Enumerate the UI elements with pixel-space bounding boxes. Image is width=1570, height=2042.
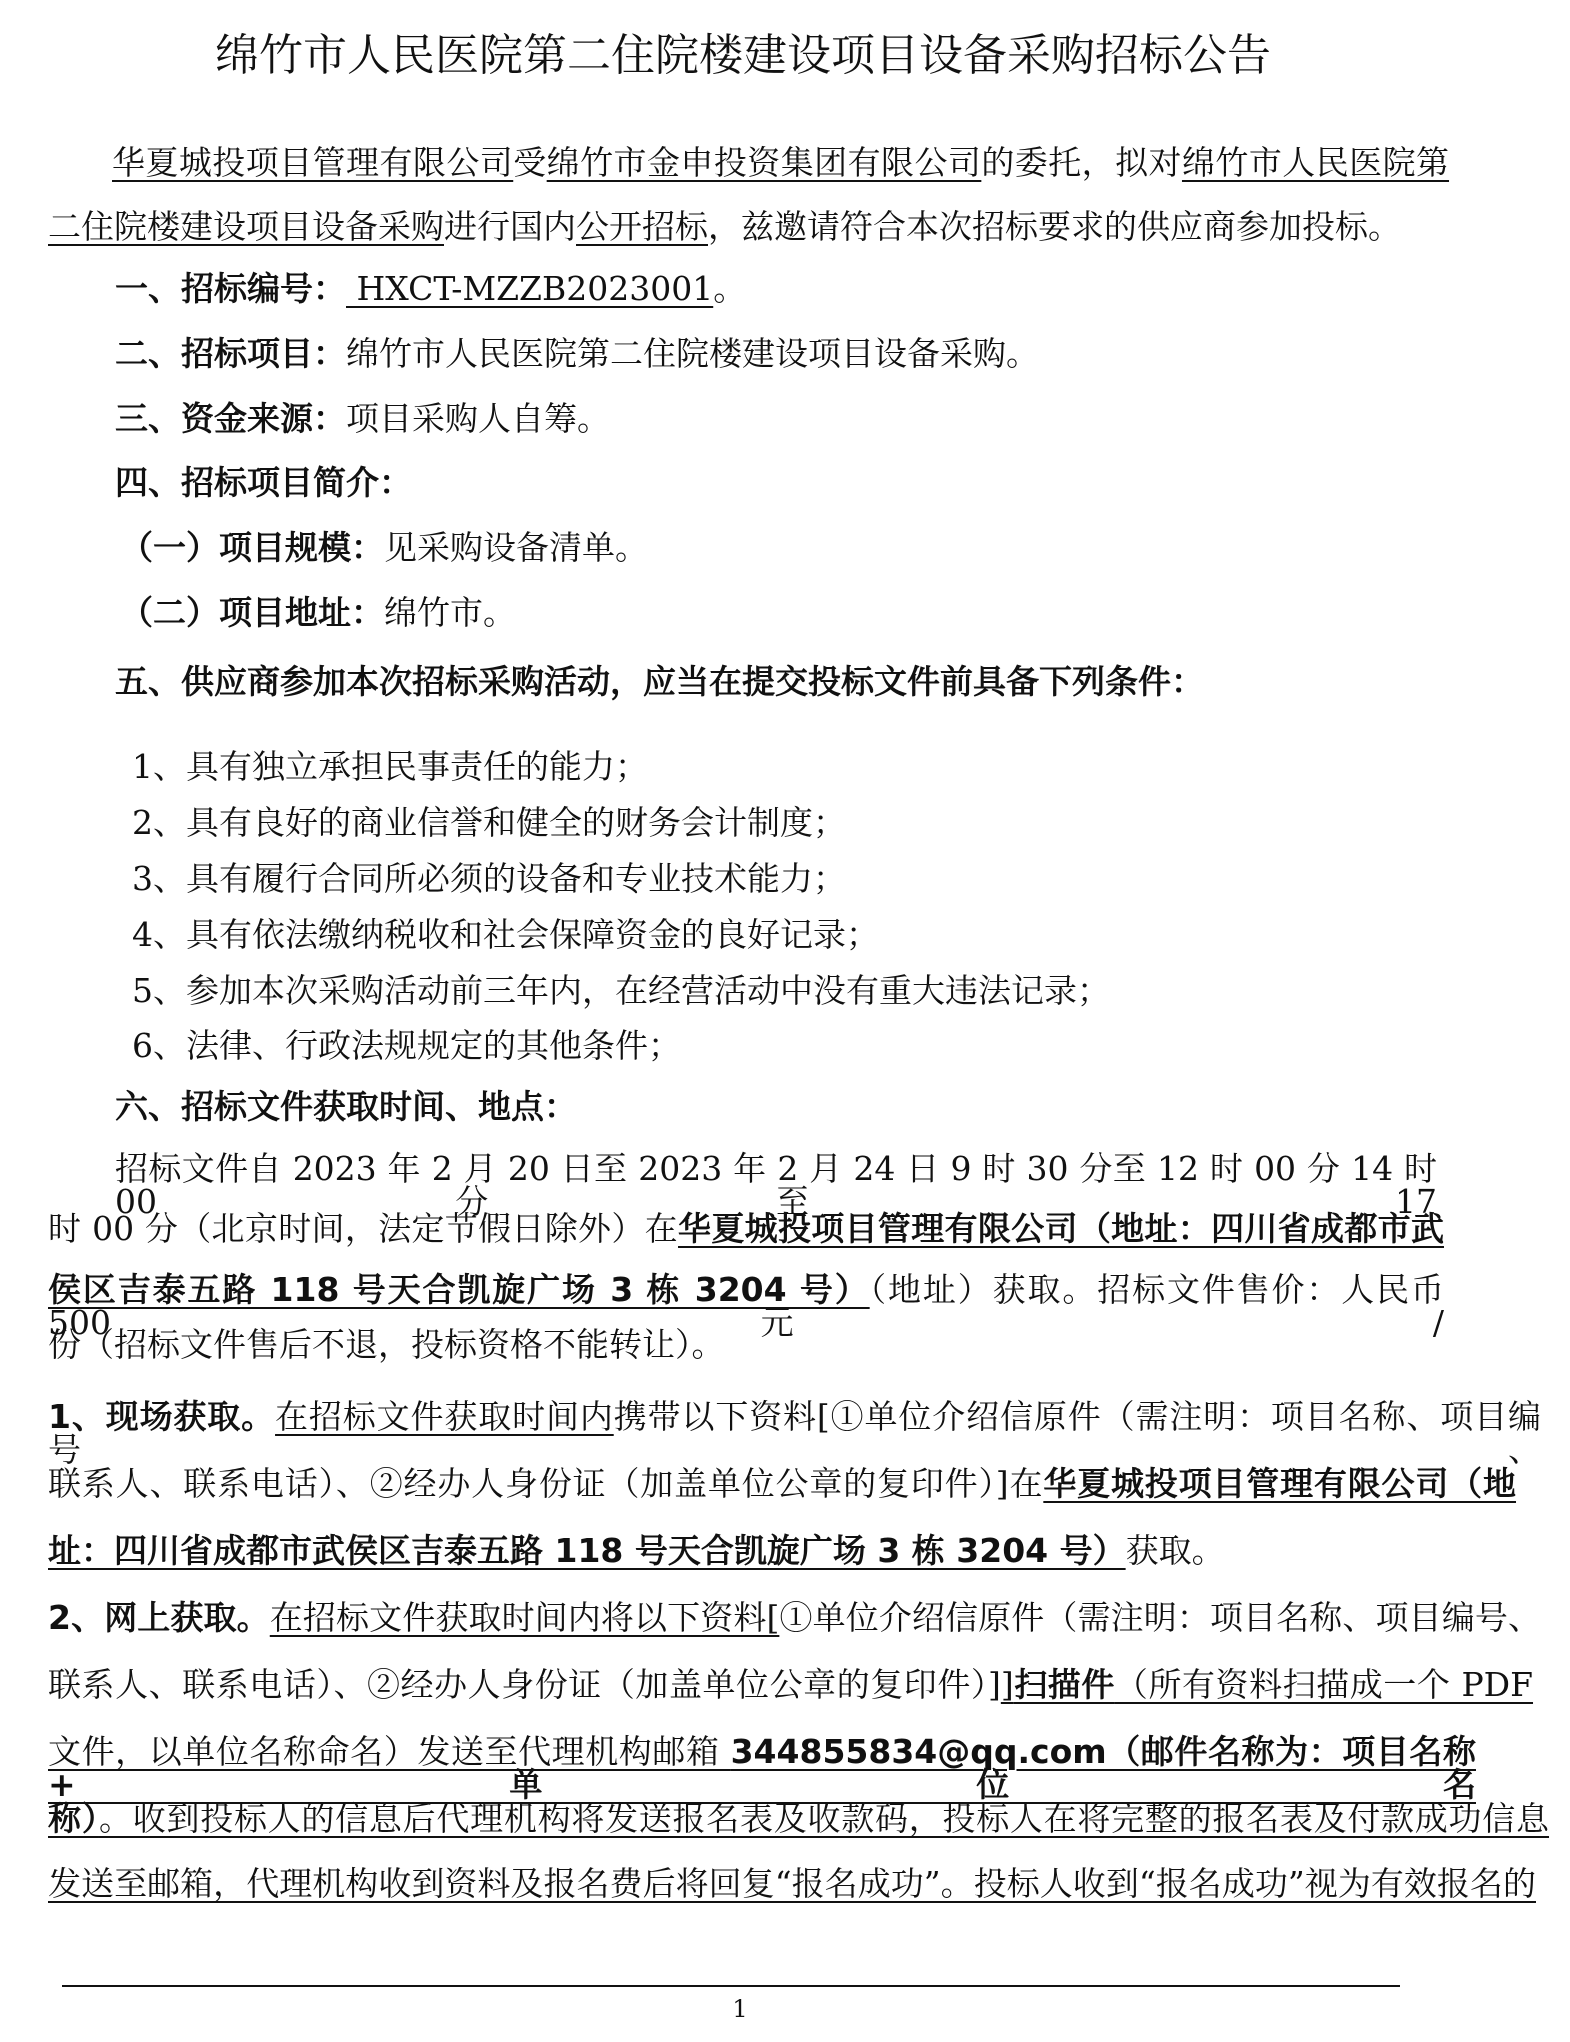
text-line-intro-2: 二住院楼建设项目设备采购进行国内公开招标，兹邀请符合本次招标要求的供应商参加投标… <box>48 210 1378 243</box>
underlined-text: 。收到投标人的信息后代理机构将发送报名表及收款码，投标人在将完整的报名表及付款成… <box>99 1799 1549 1838</box>
text-line-req-6: 6、法律、行政法规规定的其他条件； <box>132 1029 681 1062</box>
bold-text: 二、招标项目： <box>115 334 346 373</box>
text-segment: ，兹邀请符合本次招标要求的供应商参加投标。 <box>708 207 1401 246</box>
underlined-text: 发送至邮箱，代理机构收到资料及报名费后将回复“报名成功”。投标人收到“报名成功”… <box>48 1864 1536 1903</box>
underlined-text: 绵竹市金申投资集团有限公司 <box>547 143 982 182</box>
text-segment: 联系人、联系电话）、②经办人身份证（加盖单位公章的复印件）]在 <box>48 1464 1043 1503</box>
underlined-text: 公开招标 <box>576 207 708 246</box>
text-segment: 项目采购人自筹。 <box>346 399 610 438</box>
text-line-req-3: 3、具有履行合同所必须的设备和专业技术能力； <box>132 862 846 895</box>
text-segment: 获取。 <box>1126 1531 1225 1570</box>
text-segment: 见采购设备清单。 <box>384 528 648 567</box>
text-line-online-3: 文件，以单位名称命名）发送至代理机构邮箱 344855834@qq.com（邮件… <box>48 1735 1476 1801</box>
text-line-sec-2: 二、招标项目：绵竹市人民医院第二住院楼建设项目设备采购。 <box>115 337 1039 370</box>
text-line-time-4: 份（招标文件售后不退，投标资格不能转让）。 <box>48 1328 725 1361</box>
text-segment: 联系人、联系电话）、②经办人身份证（加盖单位公章的复印件）] <box>48 1665 1001 1704</box>
underlined-text: 华夏城投项目管理有限公司（地 <box>1043 1464 1516 1503</box>
underlined-text: （所有资料扫描成一个 PDF <box>1115 1665 1533 1704</box>
text-line-online-2: 联系人、联系电话）、②经办人身份证（加盖单位公章的复印件）]]扫描件（所有资料扫… <box>48 1668 1533 1701</box>
document-title: 绵竹市人民医院第二住院楼建设项目设备采购招标公告 <box>215 34 1271 78</box>
text-segment: 时 00 分（北京时间，法定节假日除外）在 <box>48 1209 678 1248</box>
underlined-text: ] <box>1001 1665 1014 1704</box>
text-segment: 份（招标文件售后不退，投标资格不能转让）。 <box>48 1325 725 1364</box>
bold-text: 2、网上获取。 <box>48 1598 270 1637</box>
footer-divider <box>62 1985 1400 1987</box>
bold-text: 六、招标文件获取时间、地点： <box>115 1087 577 1126</box>
text-line-sec-4-1: （一）项目规模：见采购设备清单。 <box>120 531 648 564</box>
text-segment: 3、具有履行合同所必须的设备和专业技术能力； <box>132 859 846 898</box>
text-line-online-4: 称）。收到投标人的信息后代理机构将发送报名表及收款码，投标人在将完整的报名表及付… <box>48 1802 1549 1835</box>
bold-text: 五、供应商参加本次招标采购活动，应当在提交投标文件前具备下列条件： <box>115 662 1204 701</box>
text-segment: 绵竹市。 <box>384 593 516 632</box>
underlined-text: 绵竹市人民医院第 <box>1182 143 1449 182</box>
text-line-sec-6: 六、招标文件获取时间、地点： <box>115 1090 577 1123</box>
text-segment: 。 <box>713 269 746 308</box>
bold-text: 四、招标项目简介： <box>115 463 412 502</box>
text-line-req-2: 2、具有良好的商业信誉和健全的财务会计制度； <box>132 806 846 839</box>
text-segment: 2、具有良好的商业信誉和健全的财务会计制度； <box>132 803 846 842</box>
text-line-sec-1: 一、招标编号： HXCT-MZZB2023001。 <box>115 272 746 305</box>
text-line-onsite-1: 1、现场获取。在招标文件获取时间内携带以下资料[①单位介绍信原件（需注明：项目名… <box>48 1400 1541 1466</box>
underlined-text: 称） <box>48 1799 99 1838</box>
text-line-sec-5: 五、供应商参加本次招标采购活动，应当在提交投标文件前具备下列条件： <box>115 665 1204 698</box>
text-line-onsite-3: 址：四川省成都市武侯区吉泰五路 118 号天合凯旋广场 3 栋 3204 号）获… <box>48 1534 1225 1567</box>
text-line-req-5: 5、参加本次采购活动前三年内，在经营活动中没有重大违法记录； <box>132 974 1110 1007</box>
underlined-text: 华夏城投项目管理有限公司（地址：四川省成都市武 <box>678 1209 1444 1248</box>
bold-text: （二）项目地址： <box>120 593 384 632</box>
page-number: 1 <box>720 1995 760 2023</box>
underlined-text: 址：四川省成都市武侯区吉泰五路 118 号天合凯旋广场 3 栋 3204 号） <box>48 1531 1126 1570</box>
bold-text: 三、资金来源： <box>115 399 346 438</box>
text-segment: 6、法律、行政法规规定的其他条件； <box>132 1026 681 1065</box>
underlined-text: 华夏城投项目管理有限公司 <box>112 143 513 182</box>
underlined-text: 在招标文件获取时间内将以下资料[ <box>270 1598 780 1637</box>
text-segment: 进行国内 <box>444 207 576 246</box>
text-line-req-1: 1、具有独立承担民事责任的能力； <box>132 750 648 783</box>
text-segment: 绵竹市人民医院第二住院楼建设项目设备采购。 <box>346 334 1039 373</box>
text-segment: 的委托，拟对 <box>981 143 1182 182</box>
text-line-sec-4: 四、招标项目简介： <box>115 466 412 499</box>
bold-text: 一、招标编号： <box>115 269 346 308</box>
text-segment: 4、具有依法缴纳税收和社会保障资金的良好记录； <box>132 915 879 954</box>
text-line-online-5: 发送至邮箱，代理机构收到资料及报名费后将回复“报名成功”。投标人收到“报名成功”… <box>48 1867 1536 1900</box>
text-segment: 1、具有独立承担民事责任的能力； <box>132 747 648 786</box>
text-line-intro-1: 华夏城投项目管理有限公司受绵竹市金申投资集团有限公司的委托，拟对绵竹市人民医院第 <box>112 146 1449 179</box>
text-line-sec-4-2: （二）项目地址：绵竹市。 <box>120 596 516 629</box>
text-segment: 5、参加本次采购活动前三年内，在经营活动中没有重大违法记录； <box>132 971 1110 1010</box>
text-segment: ①单位介绍信原件（需注明：项目名称、项目编号、 <box>779 1598 1541 1637</box>
text-line-sec-3: 三、资金来源：项目采购人自筹。 <box>115 402 610 435</box>
underlined-text: HXCT-MZZB2023001 <box>346 269 713 308</box>
bold-text: （一）项目规模： <box>120 528 384 567</box>
text-segment: 受 <box>513 143 546 182</box>
text-line-online-1: 2、网上获取。在招标文件获取时间内将以下资料[①单位介绍信原件（需注明：项目名称… <box>48 1601 1541 1634</box>
text-line-time-2: 时 00 分（北京时间，法定节假日除外）在华夏城投项目管理有限公司（地址：四川省… <box>48 1212 1444 1245</box>
underlined-text: 二住院楼建设项目设备采购 <box>48 207 444 246</box>
text-line-onsite-2: 联系人、联系电话）、②经办人身份证（加盖单位公章的复印件）]在华夏城投项目管理有… <box>48 1467 1516 1500</box>
text-line-req-4: 4、具有依法缴纳税收和社会保障资金的良好记录； <box>132 918 879 951</box>
underlined-text: 扫描件 <box>1014 1665 1115 1704</box>
